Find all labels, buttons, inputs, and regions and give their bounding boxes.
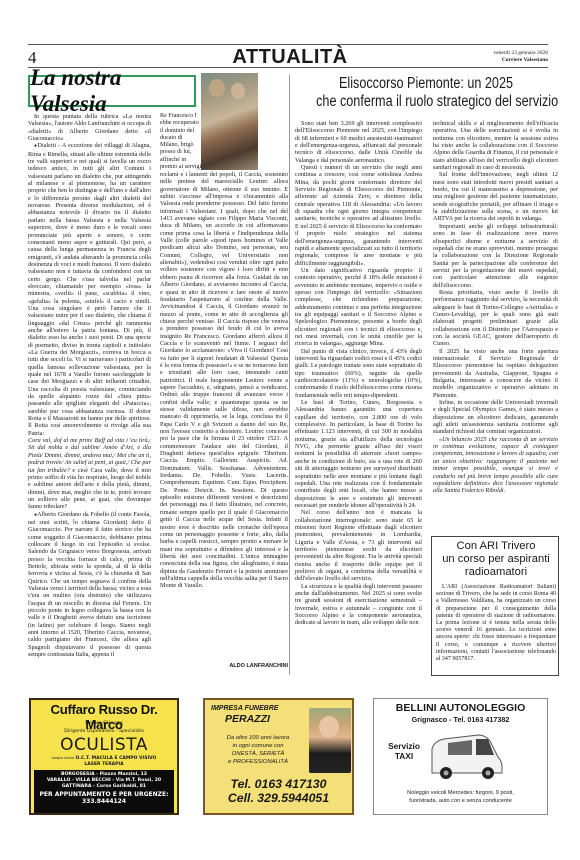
perazzi-tagline: Da oltre 100 anni lavora in ogni comune … — [208, 734, 308, 766]
perazzi-type: IMPRESA FUNEBRE — [211, 705, 278, 712]
tel-number: Tel. 0163 417130 — [205, 777, 352, 791]
footer-line-2: fuoristrada, auto con e senza conducente — [374, 798, 547, 806]
ad-bellini: BELLINI AUTONOLEGGIO Grignasco - Tel. 01… — [373, 698, 548, 815]
laser-line: LASER TERAPIA — [31, 762, 177, 767]
paragraph: Sono stati ben 3.269 gli interventi comp… — [295, 120, 422, 164]
service-line-1: Servizio — [384, 741, 424, 751]
cell-number: Cell. 329.5944051 — [205, 791, 352, 805]
paragraph: technical skills e al miglioramento dell… — [433, 120, 558, 171]
caccia-paragraph: reclami e i lamenti dei popoli, il Cacci… — [160, 171, 288, 590]
cta: PER APPUNTAMENTO E PER URGENZE: 333.8444… — [34, 791, 174, 805]
tagline-1: Da oltre 100 anni lavora — [208, 734, 308, 742]
contact-block: BORGOSESIA - Piazza Mazzini, 13 VARALLO … — [34, 770, 174, 813]
article-column-2-top: Re Francesco I ebbe recuperato il domini… — [160, 113, 202, 171]
ari-title-line-3: radioamatori — [432, 566, 560, 579]
rubric-title: La nostra Valsesia — [30, 65, 194, 117]
headline: Elisoccorso Piemonte: un 2025 che confer… — [316, 75, 536, 111]
doctor-title: Medico Chirurgo — [31, 721, 177, 726]
intro-paragraph: In questa puntata della rubrica «La nost… — [28, 113, 151, 142]
giordano-paragraph: Alberto Giordano da Fobello (il conte Fa… — [28, 511, 151, 659]
paragraph: Infine, in occasione delle Universiadi i… — [433, 399, 558, 436]
paragraph: Importanti anche gli sviluppi infrastrut… — [433, 223, 558, 289]
ad-perazzi: IMPRESA FUNEBRE PERAZZI Da oltre 100 ann… — [203, 698, 354, 815]
ari-body: L'ARI (Associazione Radioamatori Italian… — [436, 584, 556, 676]
bellini-name: BELLINI AUTONOLEGGIO — [374, 702, 547, 714]
headline-line-2: che conferma il ruolo strategico del ser… — [316, 93, 536, 111]
paragraph: Dal punto di vista clinico, invece, il 4… — [295, 348, 422, 399]
footer-line-1: Noleggio veicoli Mercedes: furgoni, 9 po… — [374, 790, 547, 798]
tagline-4: e PROFESSIONALITÀ — [208, 758, 308, 766]
perazzi-phones: Tel. 0163 417130 Cell. 329.5944051 — [205, 777, 352, 805]
article-column-1: In questa puntata della rubrica «La nost… — [28, 113, 151, 693]
paragraph: Sul fronte dell'innovazione, negli ultim… — [433, 171, 558, 222]
address-3: GATTINARA - Corso Garibaldi, 81 — [34, 784, 174, 790]
author-signature: ALDO LANFRANCHINI — [160, 663, 288, 669]
ari-title-line-1: Con ARI Trivero — [432, 540, 560, 553]
column-divider — [289, 75, 290, 675]
header-top-rule — [28, 44, 548, 45]
perazzi-name: PERAZZI — [225, 713, 270, 725]
date-text: venerdì 23 gennaio 2026 — [493, 50, 548, 57]
tagline-2: in ogni comune con — [208, 742, 308, 750]
ari-paragraph: L'ARI (Associazione Radioamatori Italian… — [436, 584, 556, 663]
specialty: OCULISTA — [31, 735, 177, 755]
paragraph: La sicurezza e la qualità degli interven… — [295, 583, 422, 627]
paragraph: Le basi di Torino, Cuneo, Borgosesia e A… — [295, 399, 422, 509]
issue-date: venerdì 23 gennaio 2026 Corriere Valsesi… — [493, 50, 548, 64]
ari-title: Con ARI Trivero un corso per aspiranti r… — [432, 540, 560, 579]
newspaper-name: Corriere Valsesiano — [502, 57, 548, 63]
van-icon — [426, 727, 504, 783]
ari-title-line-2: un corso per aspiranti — [432, 553, 560, 566]
bellini-footer: Noleggio veicoli Mercedes: furgoni, 9 po… — [374, 790, 547, 805]
article-column-2: reclami e i lamenti dei popoli, il Cacci… — [160, 171, 288, 664]
taxi-label: Servizio TAXI — [384, 741, 424, 761]
services-line: esegue anche O.C.T. MACULA E CAMPO VISIV… — [31, 756, 177, 761]
paragraph: Un dato significativo riguarda proprio i… — [295, 267, 422, 348]
phone-number: 333.8444124 — [34, 798, 174, 805]
ari-news-box: Con ARI Trivero un corso per aspiranti r… — [431, 536, 559, 676]
fresco-image — [201, 73, 258, 170]
services-prefix: esegue anche — [52, 756, 74, 760]
paragraph: Questi i numeri di un servizio che negli… — [295, 164, 422, 267]
paragraph: Nel corso dell'anno non è mancata la col… — [295, 509, 422, 582]
article-column-3: Sono stati ben 3.269 gli interventi comp… — [295, 120, 422, 680]
portrait-photo — [309, 708, 351, 773]
dialetti-paragraph: Dialetti - A eccezione dei villaggi di A… — [28, 142, 151, 437]
doctor-role: Dirigente Ospedaliero - Specialista — [31, 729, 177, 734]
article-column-4: technical skills e al miglioramento dell… — [433, 120, 558, 532]
bellini-phone: Grignasco - Tel. 0163 417382 — [374, 715, 547, 724]
poem-translation: e cioè Cara valle, dove il mio primo sof… — [28, 467, 151, 511]
rubric-title-box: La nostra Valsesia — [28, 75, 196, 107]
addresses: BORGOSESIA - Piazza Mazzini, 13 VARALLO … — [34, 770, 174, 790]
tagline-3: ONESTÀ, SERIETÀ — [208, 750, 308, 758]
paragraph: Resta prioritaria, visto anche il livell… — [433, 289, 558, 348]
doctor-name: Cuffaro Russo Dr. Marco — [31, 702, 177, 732]
headline-line-1: Elisoccorso Piemonte: un 2025 — [316, 75, 536, 93]
paragraph: Il 2025 ha visto anche una forte apertur… — [433, 348, 558, 399]
ad-oculista: Cuffaro Russo Dr. Marco Medico Chirurgo … — [29, 698, 179, 815]
quote-paragraph: «Un bilancio 2025 che racconta di un ser… — [433, 436, 558, 495]
cta-text: PER APPUNTAMENTO E PER URGENZE: — [34, 791, 174, 798]
services-text: O.C.T. MACULA E CAMPO VISIVO — [76, 756, 157, 761]
service-line-2: TAXI — [384, 751, 424, 761]
